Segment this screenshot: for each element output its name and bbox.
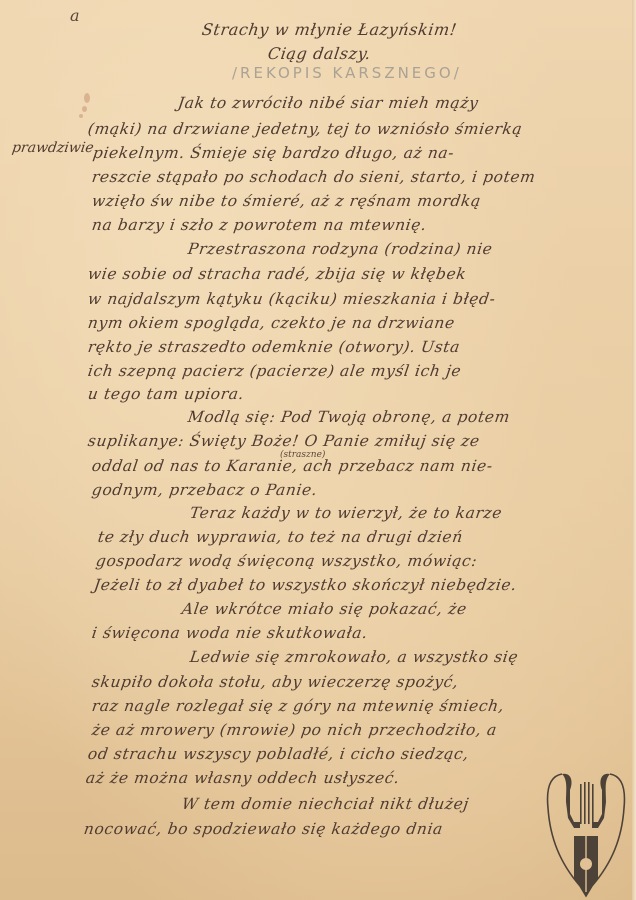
text-line: suplikanye: Święty Boże! O Panie zmiłuj …: [87, 432, 481, 450]
ink-stain: [79, 114, 83, 118]
title-line-1: Strachy w młynie Łazyńskim!: [201, 20, 459, 39]
text-line: Ledwie się zmrokowało, a wszystko się: [189, 648, 520, 666]
text-line: Jeżeli to zł dyabeł to wszystko skończył…: [93, 576, 518, 594]
text-line: piekelnym. Śmieje się bardzo długo, aż n…: [92, 144, 456, 162]
text-line: godnym, przebacz o Panie.: [91, 481, 319, 499]
text-line: te zły duch wyprawia, to też na drugi dz…: [97, 528, 464, 546]
ink-stain: [84, 93, 90, 103]
text-line: skupiło dokoła stołu, aby wieczerzę spoż…: [91, 673, 460, 691]
text-line: oddal od nas to Karanie, ach przebacz na…: [91, 457, 494, 475]
text-line: że aż mrowery (mrowie) po nich przechodz…: [91, 721, 498, 739]
text-line: raz nagle rozlegał się z góry na mtewnię…: [91, 697, 506, 715]
text-line: gospodarz wodą święconą wszystko, mówiąc…: [95, 552, 479, 570]
text-line: aż że można własny oddech usłyszeć.: [85, 769, 401, 787]
text-line: reszcie stąpało po schodach do sieni, st…: [91, 168, 537, 186]
ink-stain: [82, 106, 87, 112]
manuscript-page: a Strachy w młynie Łazyńskim! Ciąg dalsz…: [0, 0, 636, 900]
text-line: Ale wkrótce miało się pokazać, że: [181, 600, 468, 618]
text-line: nocować, bo spodziewało się każdego dnia: [83, 820, 444, 838]
text-line: w najdalszym kątyku (kąciku) mieszkania …: [87, 290, 497, 308]
text-line: u tego tam upiora.: [87, 385, 246, 403]
text-line: (mąki) na drzwiane jedetny, tej to wznió…: [87, 120, 524, 138]
page-edge: [632, 0, 636, 900]
text-line: rękto je straszedto odemknie (otwory). U…: [87, 338, 462, 356]
margin-note: prawdziwie: [11, 140, 95, 156]
pencil-annotation: /REKOPIS KARSZNEGO/: [232, 64, 462, 82]
text-line: ich szepną pacierz (pacierze) ale myśl i…: [87, 362, 463, 380]
text-line: Przestraszona rodzyna (rodzina) nie: [187, 240, 494, 258]
text-line: wie sobie od stracha radé, zbija się w k…: [87, 265, 468, 283]
text-line: Modlą się: Pod Twoją obronę, a potem: [187, 408, 511, 426]
text-line: Jak to zwróciło nibé siar mieh mąży: [177, 94, 480, 112]
text-line: od strachu wszyscy pobladłé, i cicho sie…: [87, 745, 470, 763]
text-line: wzięło św nibe to śmieré, aż z ręśnam mo…: [91, 192, 482, 210]
lyre-pen-nib-logo-icon: [540, 768, 632, 900]
text-line: Teraz każdy w to wierzył, że to karze: [189, 504, 504, 522]
text-line: nym okiem spogląda, czekto je na drzwian…: [87, 314, 456, 332]
corner-mark: a: [70, 6, 80, 25]
title-line-2: Ciąg dalszy.: [267, 44, 373, 63]
text-line: i święcona woda nie skutkowała.: [91, 624, 369, 642]
text-line: na barzy i szło z powrotem na mtewnię.: [91, 216, 428, 234]
text-line: W tem domie niechciał nikt dłużej: [181, 795, 470, 813]
